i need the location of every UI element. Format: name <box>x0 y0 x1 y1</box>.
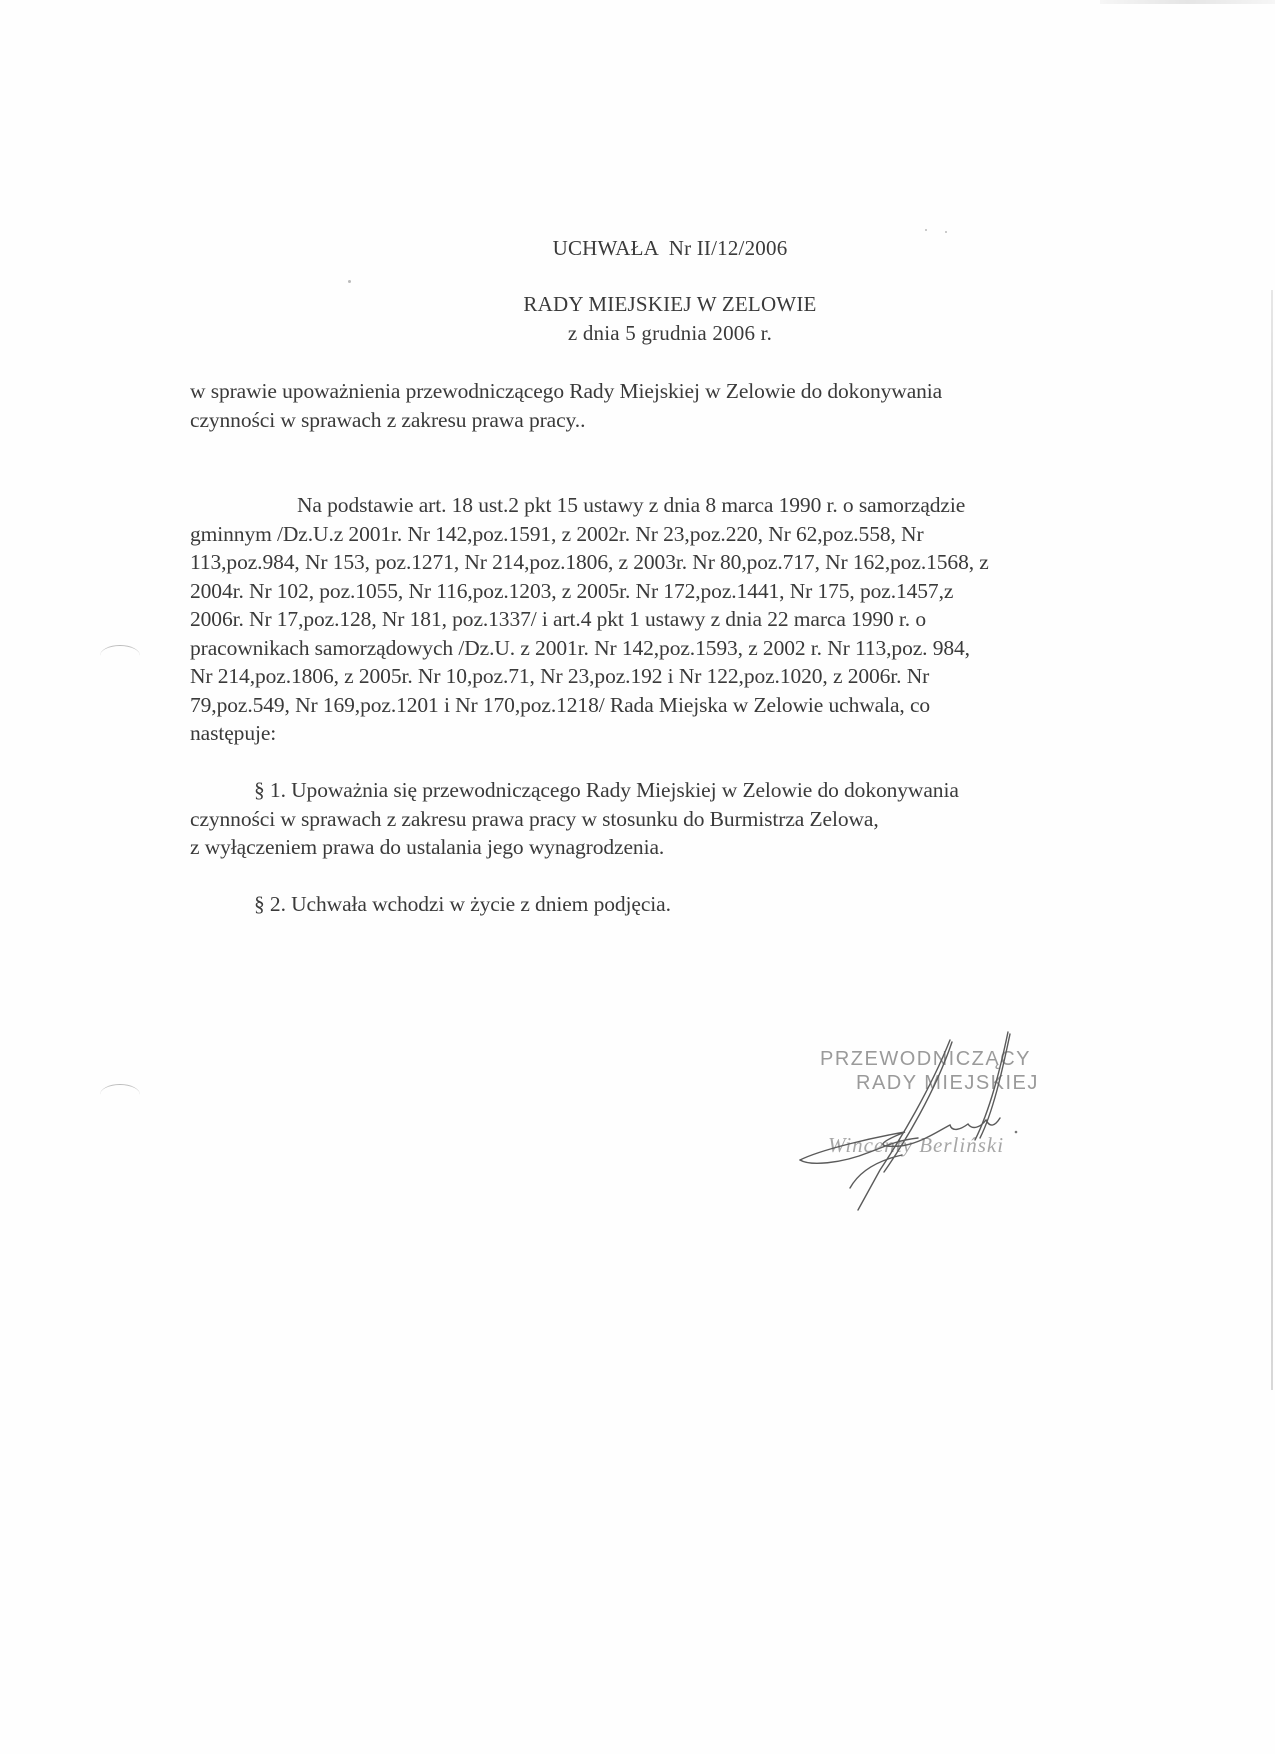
resolution-date: z dnia 5 grudnia 2006 r. <box>0 321 1275 346</box>
scan-speck <box>348 280 351 283</box>
chairman-stamp: PRZEWODNICZĄCY RADY MIEJSKIEJ Wincenty B… <box>820 1048 1080 1198</box>
legal-basis-line: 2004r. Nr 102, poz.1055, Nr 116,poz.1203… <box>190 577 1090 606</box>
paragraph-2-line: § 2. Uchwała wchodzi w życie z dniem pod… <box>190 890 1090 919</box>
resolution-title: UCHWAŁA Nr II/12/2006 <box>0 236 1275 261</box>
subject-line: czynności w sprawach z zakresu prawa pra… <box>190 406 1090 435</box>
paragraph-1-line: z wyłączeniem prawa do ustalania jego wy… <box>190 833 1090 862</box>
punch-hole-mark <box>100 645 140 666</box>
paragraph-1: § 1. Upoważnia się przewodniczącego Rady… <box>190 776 1090 862</box>
council-name: RADY MIEJSKIEJ W ZELOWIE <box>0 292 1275 317</box>
scan-speck <box>925 229 927 231</box>
legal-basis: Na podstawie art. 18 ust.2 pkt 15 ustawy… <box>190 491 1090 748</box>
legal-basis-line: Na podstawie art. 18 ust.2 pkt 15 ustawy… <box>190 491 1090 520</box>
stamp-signatory-name: Wincenty Berliński <box>828 1133 1004 1158</box>
paragraph-2: § 2. Uchwała wchodzi w życie z dniem pod… <box>190 890 1090 919</box>
subject-line: w sprawie upoważnienia przewodniczącego … <box>190 377 1090 406</box>
paragraph-1-line: czynności w sprawach z zakresu prawa pra… <box>190 805 1090 834</box>
scan-edge-top <box>1100 0 1275 4</box>
legal-basis-line: pracownikach samorządowych /Dz.U. z 2001… <box>190 634 1090 663</box>
resolution-subject: w sprawie upoważnienia przewodniczącego … <box>190 377 1090 434</box>
paragraph-1-line: § 1. Upoważnia się przewodniczącego Rady… <box>190 776 1090 805</box>
punch-hole-mark <box>100 1084 140 1105</box>
legal-basis-line: 113,poz.984, Nr 153, poz.1271, Nr 214,po… <box>190 548 1090 577</box>
scanned-page: UCHWAŁA Nr II/12/2006 RADY MIEJSKIEJ W Z… <box>0 0 1275 1754</box>
stamp-title: PRZEWODNICZĄCY <box>820 1048 1031 1071</box>
stamp-council: RADY MIEJSKIEJ <box>856 1072 1039 1095</box>
legal-basis-line: Nr 214,poz.1806, z 2005r. Nr 10,poz.71, … <box>190 662 1090 691</box>
scan-edge-right <box>1271 290 1273 1390</box>
legal-basis-line: następuje: <box>190 719 1090 748</box>
legal-basis-line: 79,poz.549, Nr 169,poz.1201 i Nr 170,poz… <box>190 691 1090 720</box>
scan-speck <box>945 231 947 233</box>
legal-basis-line: gminnym /Dz.U.z 2001r. Nr 142,poz.1591, … <box>190 520 1090 549</box>
legal-basis-line: 2006r. Nr 17,poz.128, Nr 181, poz.1337/ … <box>190 605 1090 634</box>
